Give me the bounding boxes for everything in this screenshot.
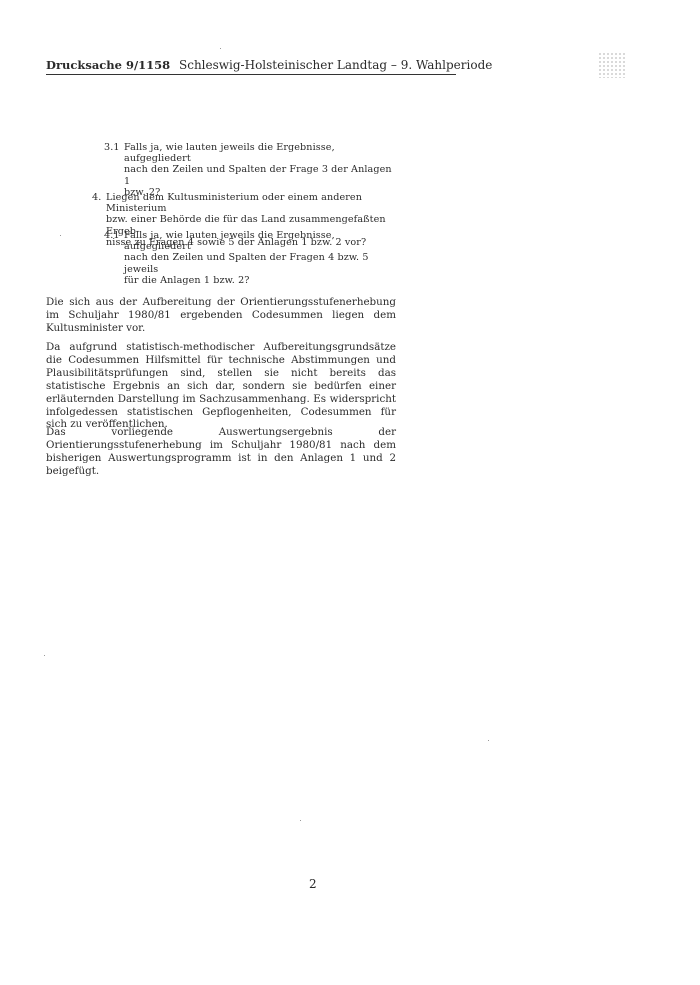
page-header: Drucksache 9/1158Schleswig-Holsteinische…	[46, 58, 456, 75]
question-number: 4.	[92, 192, 101, 203]
scan-noise	[598, 52, 626, 78]
answer-paragraph-2: Da aufgrund statistisch-methodischer Auf…	[46, 341, 396, 431]
document-number: Drucksache 9/1158	[46, 58, 179, 72]
question-number: 4.1	[104, 230, 120, 241]
question-line: nach den Zeilen und Spalten der Frage 3 …	[124, 164, 394, 186]
question-line: für die Anlagen 1 bzw. 2?	[124, 275, 394, 286]
question-number: 3.1	[104, 142, 120, 153]
question-line: Falls ja, wie lauten jeweils die Ergebni…	[124, 142, 394, 164]
parliament-title: Schleswig-Holsteinischer Landtag – 9. Wa…	[179, 58, 492, 72]
answer-paragraph-3: Das vorliegende Auswertungsergebnis der …	[46, 426, 396, 478]
page-number: 2	[309, 877, 317, 891]
question-line: Liegen dem Kultusministerium oder einem …	[106, 192, 396, 214]
answer-paragraph-1: Die sich aus der Aufbereitung der Orient…	[46, 296, 396, 335]
question-line: Falls ja, wie lauten jeweils die Ergebni…	[124, 230, 394, 252]
question-line: nach den Zeilen und Spalten der Fragen 4…	[124, 252, 394, 274]
